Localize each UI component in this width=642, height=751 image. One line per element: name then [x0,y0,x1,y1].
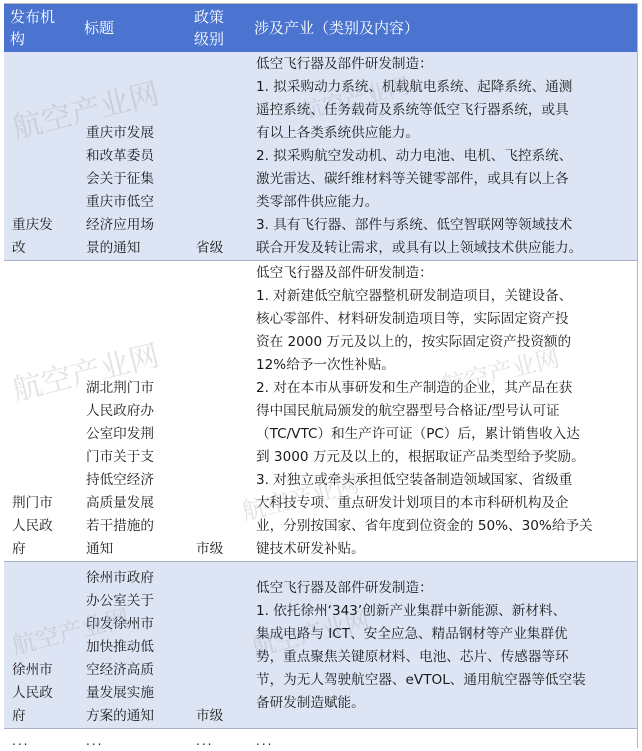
cell-content: 低空飞行器及部件研发制造： 1. 拟采购动力系统、机载航电系统、起降系统、通测 … [248,52,637,261]
cell-text: 低空飞行器及部件研发制造： [256,262,631,285]
cell-text: 经济应用场 [86,214,184,237]
table-row: 徐州市 人民政 府 徐州市政府 办公室关于 印发徐州市 加快推动低 空经济高质 … [4,562,637,729]
cell-text: 门市关于支 [86,446,184,469]
cell-text: 3. 具有飞行器、部件与系统、低空智联网等领域技术 [256,214,631,237]
cell-text: 府 [12,705,74,728]
cell-text: 1. 依托徐州‘343’创新产业集群中新能源、新材料、 [256,600,631,623]
cell-text: ... [196,730,244,751]
header-text: 发布机 [10,6,74,28]
header-level: 政策 级别 [188,4,248,52]
header-industry: 涉及产业（类别及内容） [248,4,637,52]
table-header-row: 发布机 构 标题 政策 级别 涉及产业（类别及内容） [4,4,637,52]
cell-text: 联合开发及转让需求，或具有以上领域技术供应能力。 [256,237,631,260]
cell-text: 3. 对独立或牵头承担低空装备制造领域国家、省级重 [256,469,631,492]
cell-text: 空经济高质 [86,659,184,682]
cell-text: 1. 对新建低空航空器整机研发制造项目，关键设备、 [256,285,631,308]
cell-publisher: 重庆发 改 [4,52,78,261]
cell-text: 重庆市低空 [86,191,184,214]
cell-text: 景的通知 [86,237,184,260]
cell-text: ... [12,730,74,751]
cell-publisher: 徐州市 人民政 府 [4,562,78,729]
cell-text: 资在 2000 万元及以上的，按实际固定资产投资额的 [256,331,631,354]
cell-text: 会关于征集 [86,168,184,191]
cell-text: 有以上各类系统供应能力。 [256,122,631,145]
cell-text: 到 3000 万元及以上的，根据取证产品类型给予奖励。 [256,446,631,469]
cell-text: 势，重点聚焦关键原材料、电池、芯片、传感器等环 [256,646,631,669]
cell-level: 市级 [188,261,248,562]
cell-text: 人民政 [12,515,74,538]
cell-level: 省级 [188,52,248,261]
cell-publisher: ... [4,729,78,751]
cell-text: （TC/VTC）和生产许可证（PC）后，累计销售收入达 [256,423,631,446]
cell-text: 重庆发 [12,214,74,237]
cell-text: 遥控系统、任务载荷及系统等低空飞行器系统，或具 [256,99,631,122]
cell-text: 量发展实施 [86,682,184,705]
cell-text: 低空飞行器及部件研发制造： [256,53,631,76]
table-row-ellipsis: ... ... ... ... [4,729,637,751]
cell-title: 徐州市政府 办公室关于 印发徐州市 加快推动低 空经济高质 量发展实施 方案的通… [78,562,188,729]
cell-text: 节，为无人驾驶航空器、eVTOL、通用航空器等低空装 [256,669,631,692]
header-text: 标题 [84,17,184,39]
cell-text: 类零部件供应能力。 [256,191,631,214]
cell-text: 业，分别按国家、省年度到位资金的 50%、30%给予关 [256,515,631,538]
cell-text: 若干措施的 [86,515,184,538]
cell-text: 方案的通知 [86,705,184,728]
cell-text: 徐州市 [12,659,74,682]
cell-text: 2. 对在本市从事研发和生产制造的企业，其产品在获 [256,377,631,400]
cell-title: 重庆市发展 和改革委员 会关于征集 重庆市低空 经济应用场 景的通知 [78,52,188,261]
table-row: 重庆发 改 重庆市发展 和改革委员 会关于征集 重庆市低空 经济应用场 景的通知… [4,52,637,261]
cell-text: 键技术研发补贴。 [256,538,631,561]
cell-text: 府 [12,538,74,561]
header-text: 政策 [194,6,244,28]
cell-content: 低空飞行器及部件研发制造： 1. 依托徐州‘343’创新产业集群中新能源、新材料… [248,562,637,729]
policy-table: 发布机 构 标题 政策 级别 涉及产业（类别及内容） 重庆发 改 重庆市发展 [4,4,637,751]
cell-text: 省级 [196,237,244,260]
cell-text: 加快推动低 [86,636,184,659]
cell-text: 高质量发展 [86,492,184,515]
cell-text: 1. 拟采购动力系统、机载航电系统、起降系统、通测 [256,76,631,99]
cell-text: 激光雷达、碳纤维材料等关键零部件，或具有以上各 [256,168,631,191]
cell-text: ... [86,730,184,751]
cell-content: ... [248,729,637,751]
cell-text: 持低空经济 [86,469,184,492]
cell-content: 低空飞行器及部件研发制造： 1. 对新建低空航空器整机研发制造项目，关键设备、 … [248,261,637,562]
cell-text: 备研发制造赋能。 [256,692,631,715]
cell-text: ... [256,730,633,751]
cell-publisher: 荆门市 人民政 府 [4,261,78,562]
header-title: 标题 [78,4,188,52]
cell-text: 市级 [196,705,244,728]
cell-text: 人民政 [12,682,74,705]
cell-text: 通知 [86,538,184,561]
cell-text: 市级 [196,538,244,561]
cell-text: 2. 拟采购航空发动机、动力电池、电机、飞控系统、 [256,145,631,168]
header-text: 涉及产业（类别及内容） [254,17,633,39]
header-publisher: 发布机 构 [4,4,78,52]
cell-level: ... [188,729,248,751]
cell-level: 市级 [188,562,248,729]
cell-text: 12%给予一次性补贴。 [256,354,631,377]
cell-text: 徐州市政府 [86,567,184,590]
cell-text: 改 [12,237,74,260]
header-text: 级别 [194,28,244,50]
cell-text: 集成电路与 ICT、安全应急、精品钢材等产业集群优 [256,623,631,646]
cell-text: 大科技专项、重点研发计划项目的本市科研机构及企 [256,492,631,515]
cell-text: 人民政府办 [86,400,184,423]
cell-text: 办公室关于 [86,590,184,613]
table-row: 荆门市 人民政 府 湖北荆门市 人民政府办 公室印发荆 门市关于支 持低空经济 … [4,261,637,562]
cell-text: 公室印发荆 [86,423,184,446]
cell-text: 低空飞行器及部件研发制造： [256,577,631,600]
cell-text: 湖北荆门市 [86,377,184,400]
cell-text: 印发徐州市 [86,613,184,636]
cell-text: 得中国民航局颁发的航空器型号合格证/型号认可证 [256,400,631,423]
cell-text: 重庆市发展 [86,122,184,145]
cell-text: 核心零部件、材料研发制造项目等，实际固定资产投 [256,308,631,331]
cell-title: ... [78,729,188,751]
cell-text: 和改革委员 [86,145,184,168]
cell-title: 湖北荆门市 人民政府办 公室印发荆 门市关于支 持低空经济 高质量发展 若干措施… [78,261,188,562]
cell-text: 荆门市 [12,492,74,515]
header-text: 构 [10,28,74,50]
